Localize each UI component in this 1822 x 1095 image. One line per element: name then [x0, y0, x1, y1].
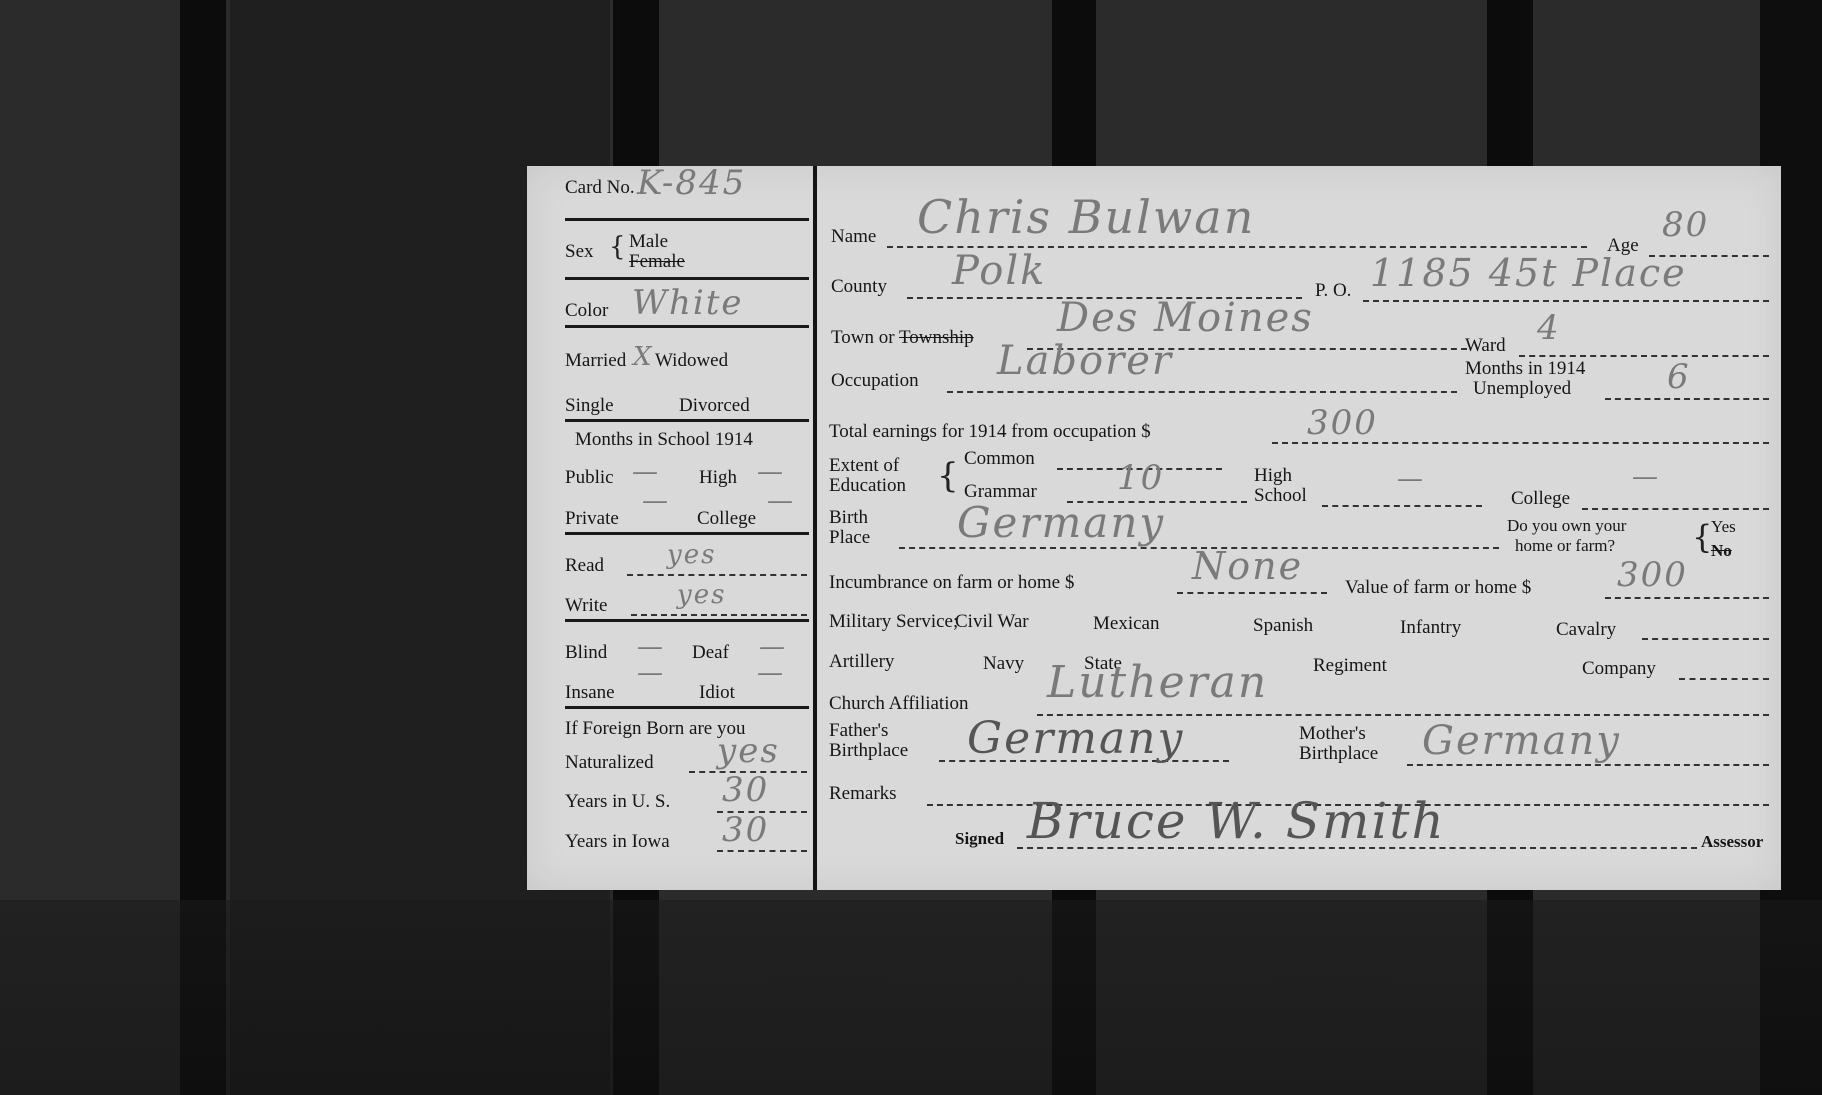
sex-female-struck: Female: [629, 252, 685, 272]
divider-rule: [565, 277, 809, 280]
artillery-label: Artillery: [829, 652, 894, 672]
father-label-1: Father's: [829, 721, 888, 741]
card-no-label: Card No.: [565, 178, 635, 198]
fill-line: [947, 391, 1457, 393]
high-value: —: [757, 459, 785, 485]
value-value: 300: [1617, 558, 1688, 592]
divider-rule: [565, 619, 809, 622]
incumbrance-value: None: [1192, 549, 1303, 583]
idiot-label: Idiot: [699, 683, 735, 703]
fill-line: [1407, 764, 1769, 766]
insane-value: —: [637, 660, 665, 686]
color-label: Color: [565, 301, 608, 321]
cavalry-label: Cavalry: [1556, 620, 1616, 640]
regiment-label: Regiment: [1313, 656, 1387, 676]
blind-label: Blind: [565, 643, 607, 663]
name-label: Name: [831, 227, 876, 247]
incumbrance-label: Incumbrance on farm or home $: [829, 573, 1074, 593]
common-label: Common: [964, 449, 1035, 469]
blind-value: —: [637, 634, 665, 660]
divider-rule: [565, 532, 809, 535]
months-unemployed-label-2: Unemployed: [1473, 379, 1571, 399]
public-label: Public: [565, 468, 614, 488]
divider-rule: [565, 325, 809, 328]
divorced-label: Divorced: [679, 396, 750, 416]
edu-college-value: —: [1632, 464, 1660, 490]
high-school-label-2: School: [1254, 486, 1307, 506]
po-value: 1185 45t Place: [1370, 256, 1687, 290]
deaf-label: Deaf: [692, 643, 729, 663]
high-school-value: —: [1397, 466, 1425, 492]
birth-label-1: Birth: [829, 508, 868, 528]
fill-line: [1177, 592, 1327, 594]
township-struck: Township: [899, 327, 974, 348]
fill-line: [1605, 597, 1769, 599]
write-label: Write: [565, 596, 608, 616]
education-label-1: Extent of: [829, 456, 899, 476]
fill-line: [1605, 398, 1769, 400]
fill-line: [1642, 638, 1769, 640]
naturalized-value: yes: [717, 734, 780, 768]
assessor-label: Assessor: [1701, 832, 1763, 852]
census-card: Card No. K-845 Sex { Male Female Color W…: [527, 166, 1781, 890]
occupation-value: Laborer: [997, 344, 1173, 378]
color-value: White: [632, 286, 744, 320]
fill-line: [1322, 505, 1482, 507]
single-label: Single: [565, 396, 614, 416]
spanish-label: Spanish: [1253, 616, 1313, 636]
read-value: yes: [667, 542, 716, 568]
navy-label: Navy: [983, 654, 1024, 674]
signed-label: Signed: [955, 829, 1004, 849]
occupation-label: Occupation: [831, 371, 919, 391]
own-no-struck: No: [1711, 541, 1732, 561]
sex-label: Sex: [565, 242, 594, 262]
fill-line: [1582, 508, 1769, 510]
county-label: County: [831, 277, 887, 297]
column-divider: [813, 166, 817, 890]
po-label: P. O.: [1315, 281, 1351, 301]
married-mark: X: [633, 344, 654, 370]
own-home-label-1: Do you own your: [1507, 516, 1626, 536]
months-unemployed-label-1: Months in 1914: [1465, 359, 1585, 379]
earnings-label: Total earnings for 1914 from occupation …: [829, 422, 1151, 442]
high-school-label-1: High: [1254, 466, 1292, 486]
naturalized-label: Naturalized: [565, 753, 654, 773]
birth-place-value: Germany: [957, 506, 1165, 540]
fill-line: [717, 850, 807, 852]
public-value: —: [632, 459, 660, 485]
brace: {: [609, 232, 626, 262]
years-iowa-value: 30: [722, 813, 769, 847]
education-label-2: Education: [829, 476, 906, 496]
widowed-label: Widowed: [655, 351, 728, 371]
months-school-label: Months in School 1914: [575, 430, 753, 450]
high-label: High: [699, 468, 737, 488]
town-value: Des Moines: [1057, 301, 1314, 335]
private-label: Private: [565, 509, 619, 529]
college-label: College: [697, 509, 756, 529]
months-unemployed-value: 6: [1667, 360, 1691, 394]
private-value: —: [642, 488, 670, 514]
assessor-signature: Bruce W. Smith: [1027, 796, 1446, 846]
years-us-value: 30: [722, 773, 769, 807]
mother-label-1: Mother's: [1299, 724, 1366, 744]
idiot-value: —: [757, 660, 785, 686]
grammar-value: 10: [1117, 461, 1164, 495]
infantry-label: Infantry: [1400, 618, 1461, 638]
ward-value: 4: [1537, 311, 1561, 345]
divider-rule: [565, 706, 809, 709]
deaf-value: —: [759, 634, 787, 660]
military-label: Military Service;: [829, 612, 958, 632]
ward-label: Ward: [1465, 336, 1506, 356]
value-label: Value of farm or home $: [1345, 578, 1531, 598]
write-value: yes: [677, 582, 726, 608]
sex-male: Male: [629, 232, 668, 252]
college-value: —: [767, 488, 795, 514]
mexican-label: Mexican: [1093, 614, 1159, 634]
background-shade: [0, 900, 1822, 1095]
county-value: Polk: [952, 254, 1046, 288]
card-no-value: K-845: [637, 166, 746, 200]
fill-line: [627, 574, 807, 576]
fill-line: [1519, 355, 1769, 357]
earnings-value: 300: [1307, 406, 1378, 440]
brace: {: [937, 456, 959, 496]
father-birthplace-value: Germany: [967, 722, 1184, 756]
church-value: Lutheran: [1047, 666, 1268, 700]
insane-label: Insane: [565, 683, 615, 703]
civil-war-label: Civil War: [955, 612, 1029, 632]
married-label: Married: [565, 351, 626, 371]
father-label-2: Birthplace: [829, 741, 908, 761]
own-yes: Yes: [1711, 517, 1736, 537]
own-home-label-2: home or farm?: [1515, 536, 1615, 556]
mother-birthplace-value: Germany: [1422, 724, 1621, 758]
town-label: Town or Township: [831, 328, 974, 348]
years-iowa-label: Years in Iowa: [565, 832, 670, 852]
read-label: Read: [565, 556, 604, 576]
edu-college-label: College: [1511, 489, 1570, 509]
mother-label-2: Birthplace: [1299, 744, 1378, 764]
fill-line: [631, 614, 807, 616]
church-label: Church Affiliation: [829, 694, 969, 714]
town-label-text: Town or: [831, 327, 895, 348]
age-value: 80: [1662, 208, 1709, 242]
years-us-label: Years in U. S.: [565, 792, 670, 812]
divider-rule: [565, 218, 809, 221]
divider-rule: [565, 419, 809, 422]
name-value: Chris Bulwan: [917, 194, 1255, 240]
remarks-label: Remarks: [829, 784, 897, 804]
brace: {: [1692, 518, 1712, 556]
fill-line: [1679, 678, 1769, 680]
company-label: Company: [1582, 659, 1656, 679]
birth-label-2: Place: [829, 528, 870, 548]
fill-line: [1363, 300, 1769, 302]
